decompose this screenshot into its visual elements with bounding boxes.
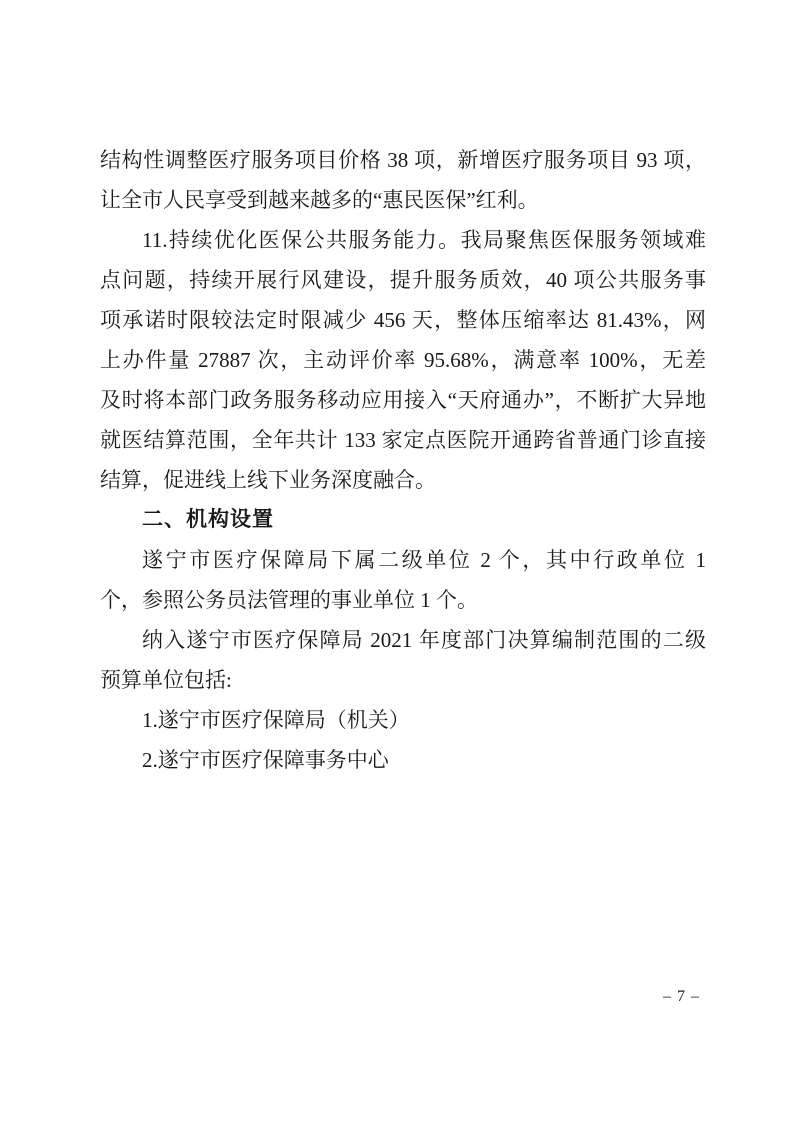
body-line-time-reduction: 项承诺时限较法定时限减少 456 天，整体压缩率达 81.43%，网 — [100, 300, 706, 340]
body-line-item11-start: 11.持续优化医保公共服务能力。我局聚焦医保服务领域难 — [100, 220, 706, 260]
body-line-units-include: 预算单位包括: — [100, 660, 706, 700]
body-line-online-volume: 上办件量 27887 次，主动评价率 95.68%，满意率 100%，无差评。 — [100, 340, 706, 380]
document-page: 结构性调整医疗服务项目价格 38 项，新增医疗服务项目 93 项， 让全市人民享… — [0, 0, 793, 1122]
section-heading-org-setup: 二、机构设置 — [100, 500, 706, 540]
body-line-unit-counts: 个，参照公务员法管理的事业单位 1 个。 — [100, 580, 706, 620]
body-line-price-adjustment: 结构性调整医疗服务项目价格 38 项，新增医疗服务项目 93 项， — [100, 140, 706, 180]
page-number: – 7 – — [0, 986, 700, 1008]
body-line-benefit-dividend: 让全市人民享受到越来越多的“惠民医保”红利。 — [100, 180, 706, 220]
body-line-subordinate-units: 遂宁市医疗保障局下属二级单位 2 个，其中行政单位 1 — [100, 540, 706, 580]
body-line-integration: 结算，促进线上线下业务深度融合。 — [100, 460, 706, 500]
body-line-budget-scope: 纳入遂宁市医疗保障局 2021 年度部门决算编制范围的二级 — [100, 620, 706, 660]
body-line-tianfu-tongban: 及时将本部门政务服务移动应用接入“天府通办”，不断扩大异地 — [100, 380, 706, 420]
body-line-cross-province: 就医结算范围，全年共计 133 家定点医院开通跨省普通门诊直接 — [100, 420, 706, 460]
body-line-service-quality: 点问题，持续开展行风建设，提升服务质效，40 项公共服务事 — [100, 260, 706, 300]
list-item-unit-2: 2.遂宁市医疗保障事务中心 — [100, 740, 706, 780]
list-item-unit-1: 1.遂宁市医疗保障局（机关） — [100, 700, 706, 740]
document-body: 结构性调整医疗服务项目价格 38 项，新增医疗服务项目 93 项， 让全市人民享… — [100, 140, 706, 780]
